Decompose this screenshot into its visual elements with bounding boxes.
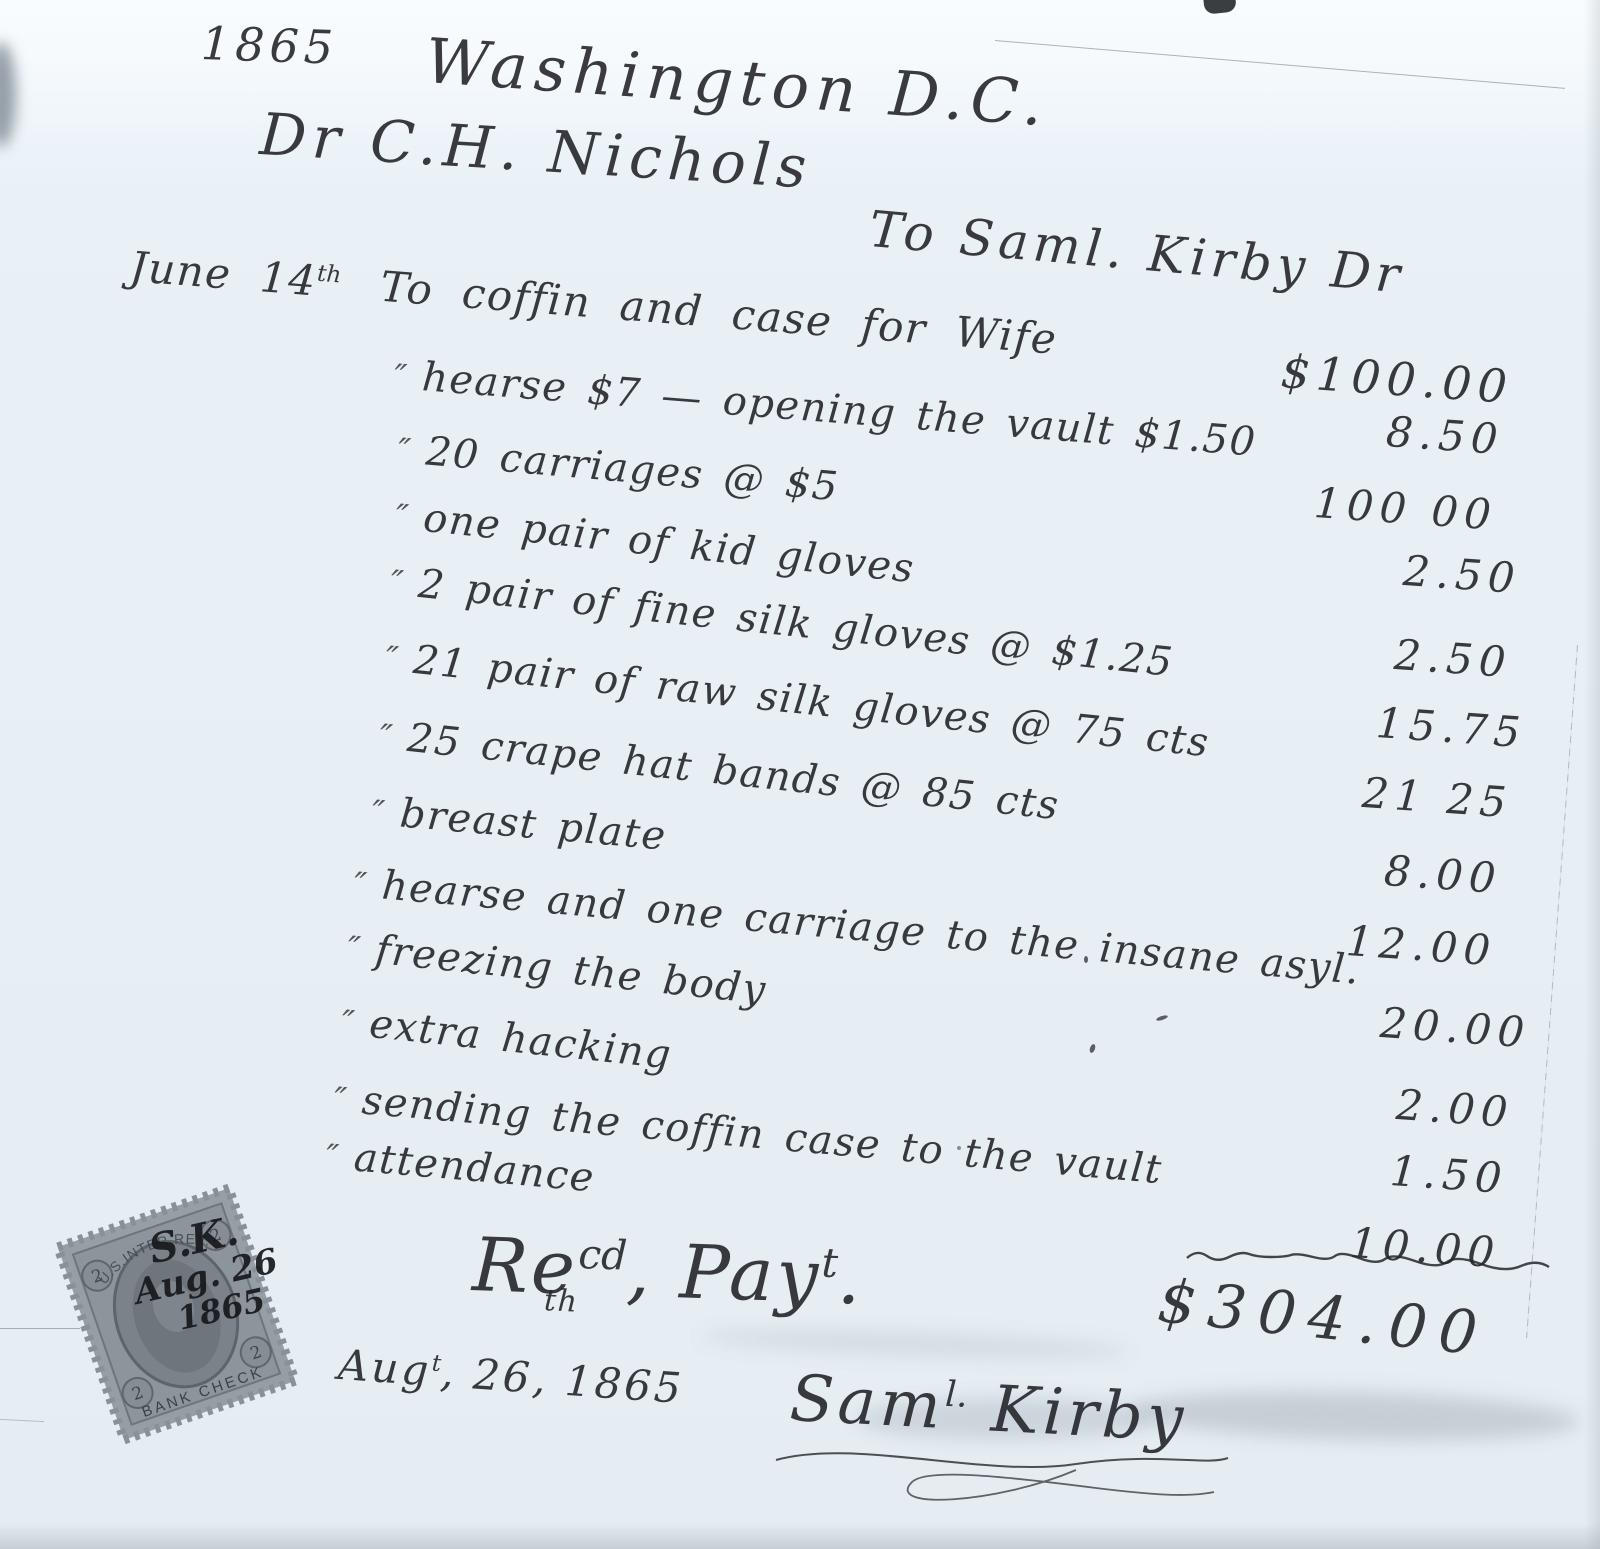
receipt-date-text: Aug	[337, 1340, 433, 1395]
line-item-amount: 100 00	[1313, 478, 1499, 540]
ditto-mark: ″	[370, 793, 388, 834]
crease-line-left-b	[0, 1419, 44, 1422]
line-item-amount: 2.50	[1393, 630, 1514, 687]
line-item-description: 20 carriages @ $5	[424, 428, 841, 510]
entry-date: June 14	[128, 242, 318, 306]
ink-blot-top-edge	[1203, 0, 1237, 15]
ditto-mark: ″	[393, 497, 411, 538]
line-item-description: attendance	[352, 1134, 597, 1201]
crease-line-top-right	[995, 40, 1565, 89]
scanned-invoice-page: 1865 Washington D.C. Dr C.H. Nichols To …	[0, 0, 1600, 1549]
line-item-amount: 12.00	[1345, 916, 1498, 975]
ditto-mark: ″	[377, 717, 395, 758]
scan-shadow-bottom	[0, 1523, 1600, 1549]
line-item: ″attendance	[324, 1132, 597, 1201]
scan-shadow-blob	[0, 42, 16, 147]
ditto-mark: ″	[383, 639, 401, 680]
line-item-amount: 8.50	[1385, 407, 1506, 464]
signature-flourish	[766, 1426, 1236, 1516]
line-item-description: freezing the body	[373, 927, 769, 1014]
total-amount: $304.00	[1155, 1266, 1493, 1370]
date-ordinal-mark: th	[543, 1283, 579, 1320]
ditto-mark: ″	[339, 1003, 357, 1044]
year-heading: 1865	[200, 16, 339, 75]
line-item-amount: 2.00	[1395, 1080, 1516, 1137]
line-item: ″freezing the body	[345, 924, 769, 1014]
ditto-mark: ″	[388, 563, 406, 604]
received-superscript: t	[821, 1239, 839, 1288]
ditto-mark: ″	[332, 1080, 350, 1121]
received-payment-note: Recd, Payt.	[471, 1222, 865, 1322]
ink-speck	[1156, 1014, 1169, 1022]
signature-superscript: l.	[944, 1374, 969, 1416]
line-item: ″breast plate	[370, 788, 669, 860]
line-item-amount: $100.00	[1279, 344, 1514, 414]
line-item: ″20 carriages @ $5	[396, 426, 841, 510]
ditto-mark: ″	[324, 1137, 342, 1178]
crease-line-right	[1526, 645, 1578, 1338]
received-superscript: cd	[578, 1230, 628, 1280]
ditto-mark: ″	[352, 865, 370, 906]
ditto-mark: ″	[392, 357, 409, 398]
crease-line-left-a	[0, 1328, 80, 1329]
line-item: ″extra hacking	[339, 998, 674, 1078]
ink-smudge	[700, 1325, 1131, 1364]
line-item-amount: 15.75	[1375, 698, 1528, 757]
ditto-mark: ″	[345, 929, 363, 970]
received-text: , Pay	[625, 1227, 822, 1320]
line-item-amount: 2.50	[1402, 546, 1523, 603]
received-text: .	[836, 1235, 866, 1322]
date-ordinal-suffix: th	[316, 261, 342, 289]
receipt-date-text: , 26, 1865	[439, 1347, 686, 1413]
line-item-description: breast plate	[398, 790, 669, 859]
line-item-description: extra hacking	[367, 1001, 674, 1079]
line-item-description: To coffin and case for Wife	[379, 262, 1060, 364]
scan-shadow-right	[1584, 0, 1600, 1549]
ditto-mark: ″	[396, 431, 414, 472]
line-item-amount: 1.50	[1389, 1146, 1510, 1203]
line-item-amount: 8.00	[1383, 846, 1504, 903]
receipt-date: Augt, 26, 1865	[337, 1340, 686, 1413]
creditor-line: To Saml. Kirby Dr	[867, 200, 1407, 305]
line-item-amount: 21 25	[1361, 768, 1514, 827]
line-item-amount: 20.00	[1379, 998, 1532, 1057]
ink-speck	[1089, 1043, 1097, 1053]
